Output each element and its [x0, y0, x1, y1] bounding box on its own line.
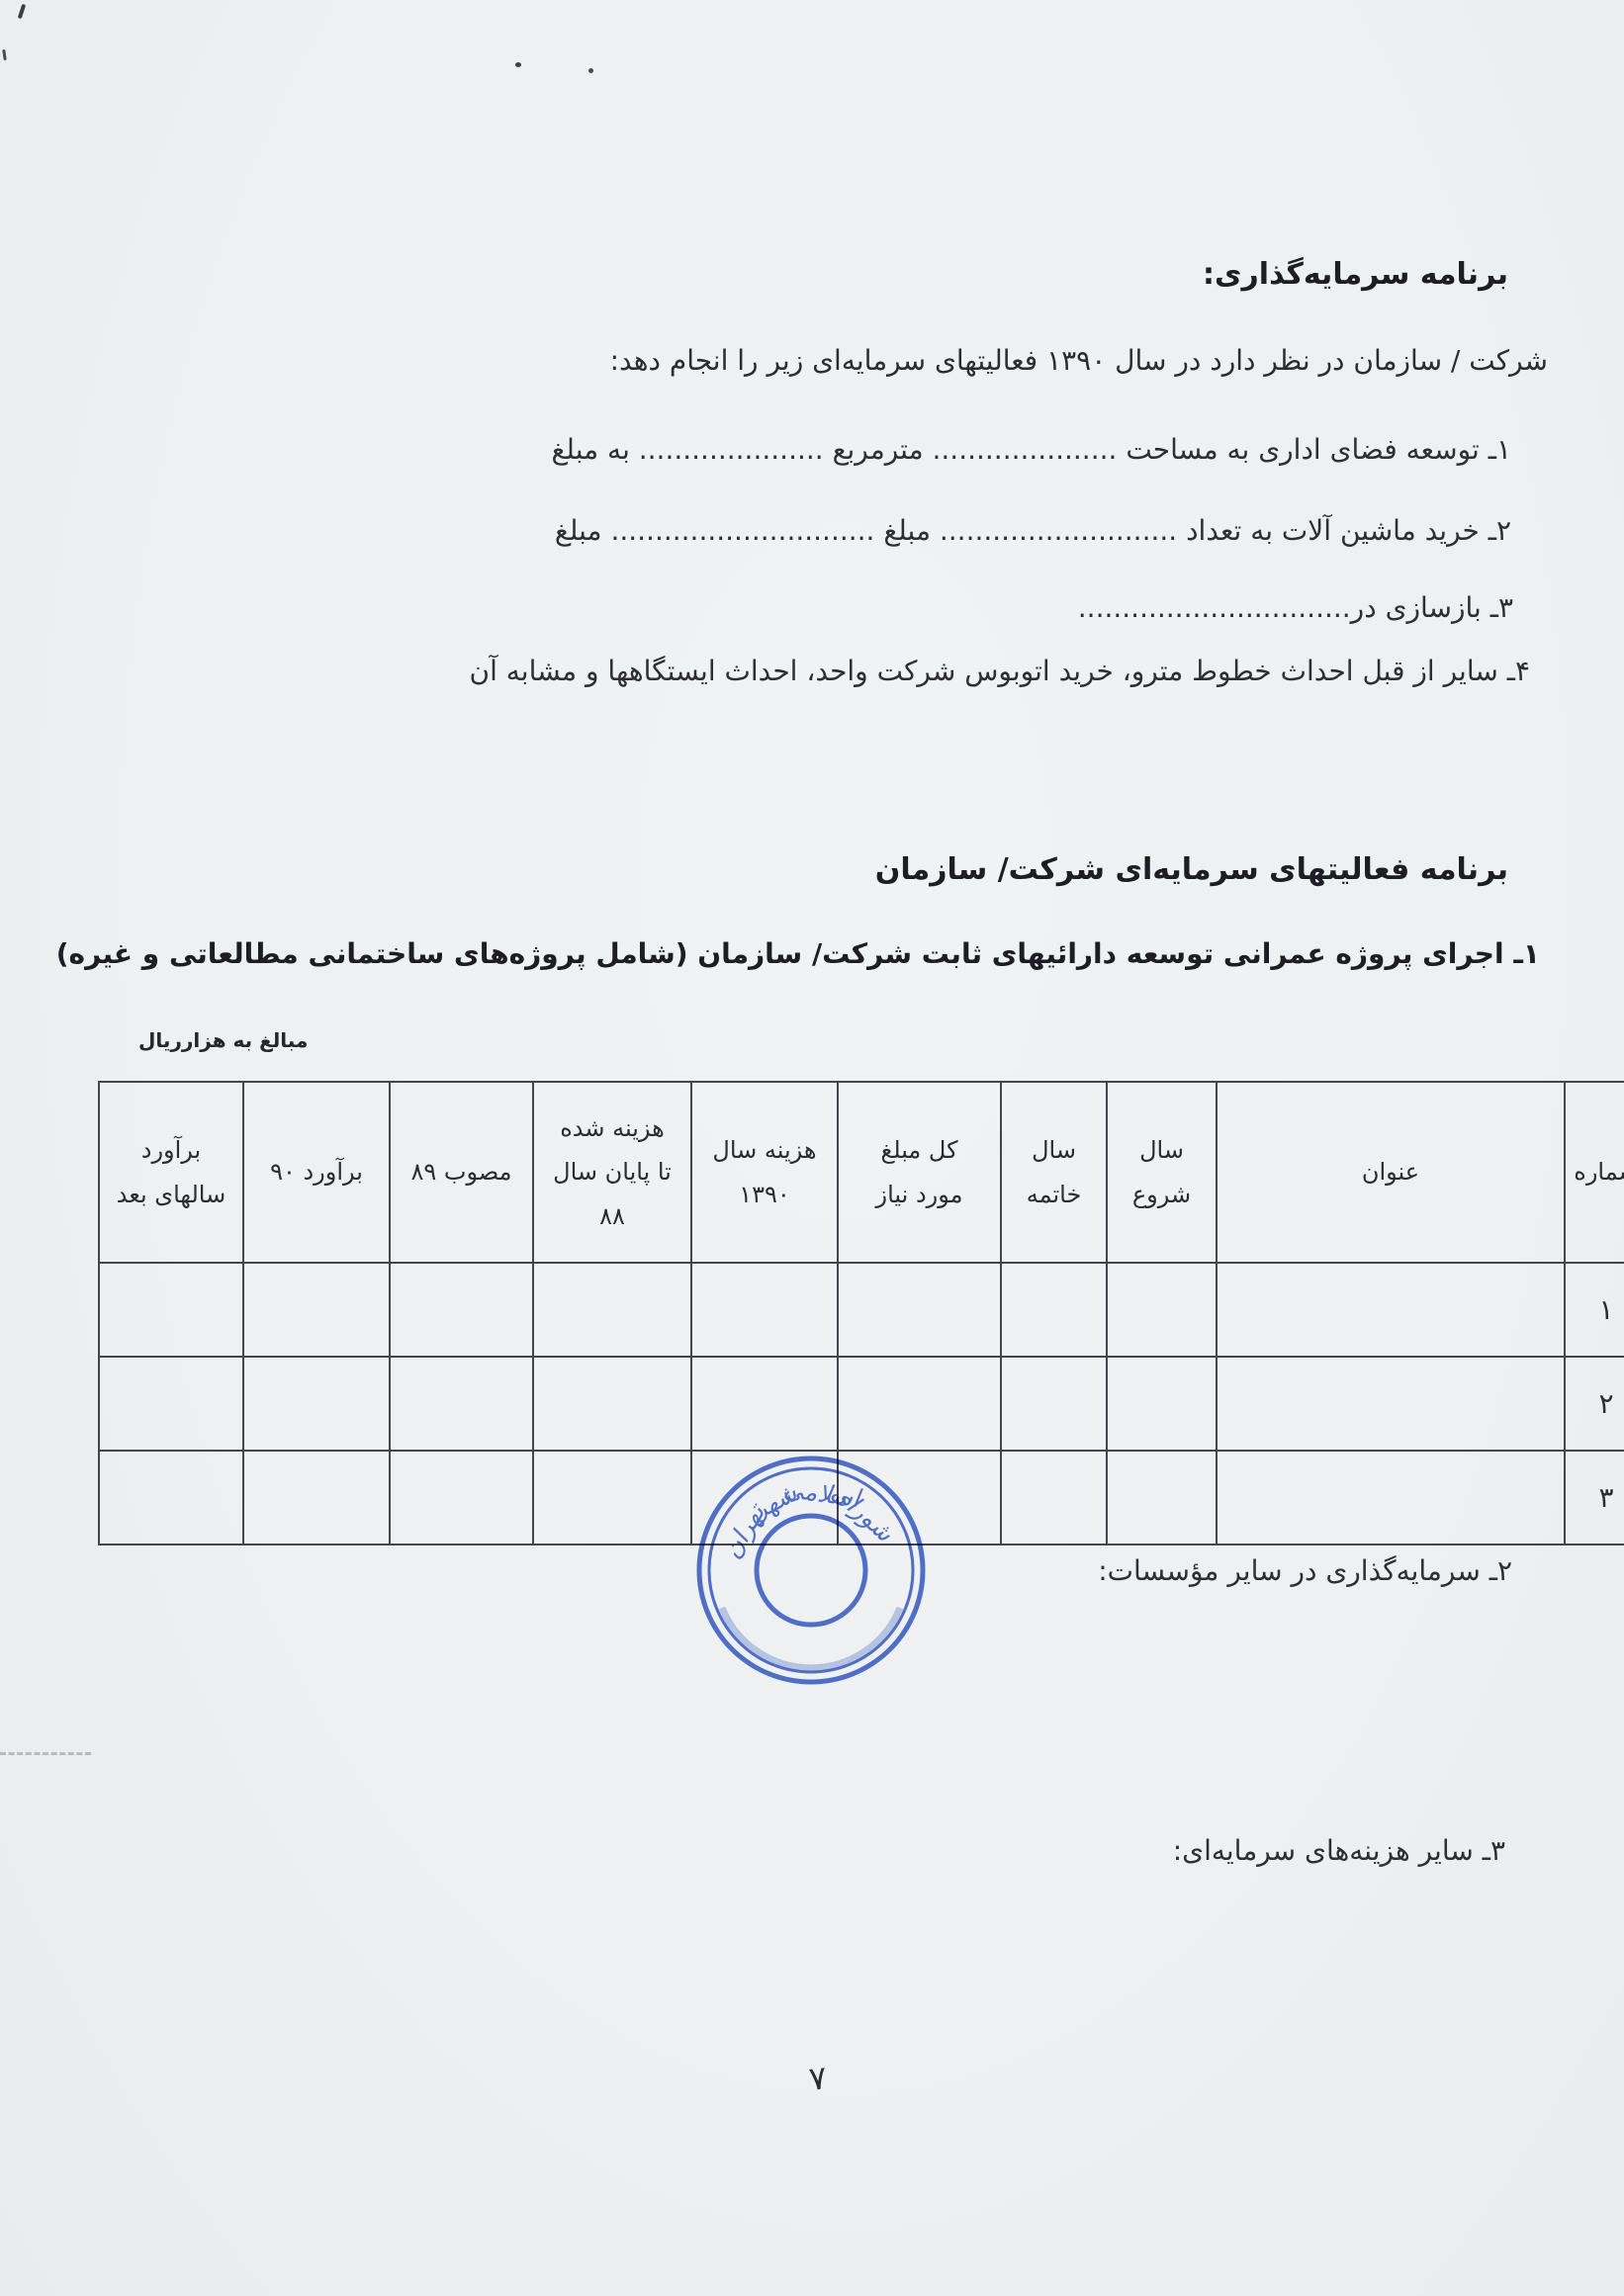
- empty-data-cell: [1001, 1263, 1107, 1357]
- intro-paragraph: شرکت / سازمان در نظر دارد در سال ۱۳۹۰ فع…: [610, 344, 1548, 377]
- other-institutions-investment-heading: ۲ـ سرمایه‌گذاری در سایر مؤسسات:: [1098, 1554, 1512, 1587]
- empty-data-cell: [533, 1357, 691, 1451]
- empty-data-cell: [1217, 1357, 1565, 1451]
- document-title: برنامه سرمایه‌گذاری:: [1203, 257, 1508, 292]
- empty-data-cell: [838, 1357, 1001, 1451]
- empty-data-cell: [1001, 1357, 1107, 1451]
- column-header-0: شماره: [1565, 1082, 1624, 1263]
- empty-data-cell: [99, 1357, 243, 1451]
- scanned-document-page: برنامه سرمایه‌گذاری: شرکت / سازمان در نظ…: [0, 0, 1624, 2296]
- stamp-inner-ring: [757, 1516, 865, 1625]
- empty-data-cell: [1107, 1451, 1217, 1545]
- table-header: شمارهعنوانسال شروعسال خاتمهکل مبلغ مورد …: [99, 1082, 1624, 1263]
- column-header-4: کل مبلغ مورد نیاز: [838, 1082, 1001, 1263]
- column-header-9: برآورد سالهای بعد: [99, 1082, 243, 1263]
- empty-data-cell: [390, 1451, 533, 1545]
- empty-data-cell: [390, 1263, 533, 1357]
- empty-data-cell: [838, 1263, 1001, 1357]
- page-number: ۷: [807, 2058, 829, 2098]
- activity-item-office-expansion: ۱ـ توسعه فضای اداری به مساحت ...........…: [552, 433, 1511, 466]
- scan-artifact-mark: [18, 4, 26, 20]
- empty-data-cell: [533, 1263, 691, 1357]
- empty-data-cell: [1107, 1357, 1217, 1451]
- empty-data-cell: [99, 1263, 243, 1357]
- empty-data-cell: [1217, 1451, 1565, 1545]
- column-header-7: مصوب ۸۹: [390, 1082, 533, 1263]
- scan-artifact-mark: [2, 49, 7, 60]
- section-heading: برنامه فعالیتهای سرمایه‌ای شرکت/ سازمان: [875, 852, 1508, 887]
- empty-data-cell: [1107, 1263, 1217, 1357]
- column-header-6: هزینه شده تا پایان سال ۸۸: [533, 1082, 691, 1263]
- column-header-3: سال خاتمه: [1001, 1082, 1107, 1263]
- empty-data-cell: [390, 1357, 533, 1451]
- table-header-row: شمارهعنوانسال شروعسال خاتمهکل مبلغ مورد …: [99, 1082, 1624, 1263]
- column-header-5: هزینه سال ۱۳۹۰: [691, 1082, 838, 1263]
- section-subheading: ۱ـ اجرای پروژه عمرانی توسعه دارائیهای ثا…: [56, 937, 1540, 970]
- activity-item-other: ۴ـ سایر از قبل احداث خطوط مترو، خرید اتو…: [470, 655, 1530, 687]
- table-row: ۲: [99, 1357, 1624, 1451]
- column-header-8: برآورد ۹۰: [243, 1082, 390, 1263]
- column-header-1: عنوان: [1217, 1082, 1565, 1263]
- official-stamp: شورای اسلامی شهر تهران: [692, 1452, 930, 1689]
- scan-artifact-dot: [515, 62, 521, 67]
- left-margin-dashes: [0, 1752, 91, 1755]
- row-number-cell: ۱: [1565, 1263, 1624, 1357]
- row-number-cell: ۲: [1565, 1357, 1624, 1451]
- activity-item-machinery-purchase: ۲ـ خرید ماشین آلات به تعداد ............…: [555, 514, 1511, 547]
- scan-artifact-dot: [588, 68, 593, 73]
- row-number-cell: ۳: [1565, 1451, 1624, 1545]
- empty-data-cell: [1001, 1451, 1107, 1545]
- empty-data-cell: [243, 1451, 390, 1545]
- table-row: ۱: [99, 1263, 1624, 1357]
- activity-item-renovation: ۳ـ بازسازی در...........................…: [1078, 591, 1513, 624]
- column-header-2: سال شروع: [1107, 1082, 1217, 1263]
- empty-data-cell: [533, 1451, 691, 1545]
- empty-data-cell: [1217, 1263, 1565, 1357]
- empty-data-cell: [243, 1263, 390, 1357]
- other-capital-costs-heading: ۳ـ سایر هزینه‌های سرمایه‌ای:: [1173, 1834, 1505, 1867]
- empty-data-cell: [691, 1357, 838, 1451]
- stamp-ink-smudge: [722, 1608, 900, 1668]
- empty-data-cell: [99, 1451, 243, 1545]
- empty-data-cell: [243, 1357, 390, 1451]
- amounts-unit-note: مبالغ به هزارریال: [138, 1028, 308, 1052]
- empty-data-cell: [691, 1263, 838, 1357]
